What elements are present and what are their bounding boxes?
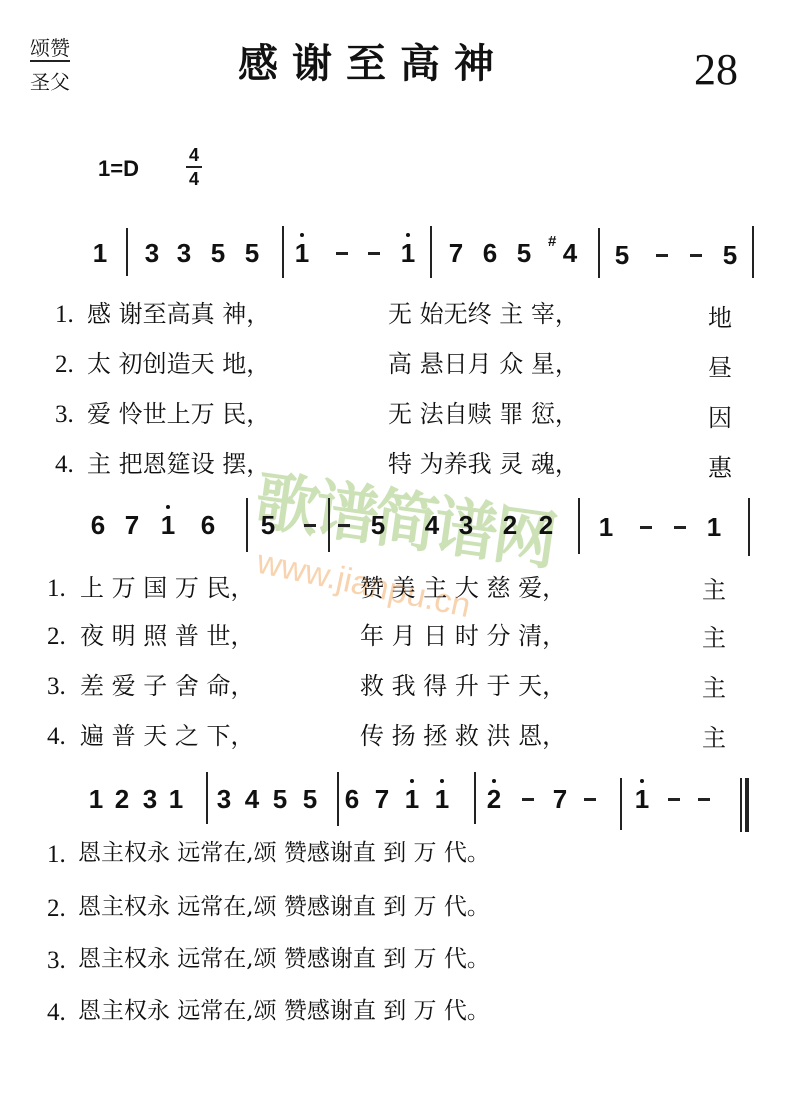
lyric-line: 恩主权永 远常在,颂 赞感谢直 到 万 代。 bbox=[78, 896, 490, 919]
bar-line bbox=[246, 498, 248, 552]
category-label: 颂赞 bbox=[30, 38, 70, 62]
note: 7 bbox=[120, 512, 144, 538]
note-sharp-4: #4 bbox=[558, 240, 582, 266]
lyric-line: 差 爱 子 舍 命， bbox=[80, 674, 255, 698]
verse-number: 2. bbox=[47, 896, 66, 921]
note: 2 bbox=[110, 786, 134, 812]
note-high-1: 1 bbox=[400, 786, 424, 812]
note: 1 bbox=[164, 786, 188, 812]
lyric-line: 主 把恩筵设 摆， bbox=[87, 452, 270, 476]
note: 1 bbox=[702, 514, 726, 540]
note: 7 bbox=[370, 786, 394, 812]
bar-line bbox=[328, 498, 330, 552]
note-high-1: 1 bbox=[430, 786, 454, 812]
verse-number: 2. bbox=[47, 624, 66, 649]
verse-number: 3. bbox=[55, 402, 74, 427]
high-octave-dot bbox=[440, 779, 444, 783]
verse-number: 1. bbox=[47, 842, 66, 867]
note: 5 bbox=[240, 240, 264, 266]
high-octave-dot bbox=[492, 779, 496, 783]
lyric-line: 上 万 国 万 民， bbox=[80, 576, 255, 600]
lyric-line: 高 悬日月 众 星， bbox=[388, 352, 579, 376]
lyric-line: 主 bbox=[702, 626, 726, 650]
high-octave-dot bbox=[300, 233, 304, 237]
sharp-icon: # bbox=[548, 234, 556, 249]
lyric-line: 救 我 得 升 于 天， bbox=[360, 674, 566, 698]
note: 5 bbox=[718, 242, 742, 268]
high-octave-dot bbox=[406, 233, 410, 237]
time-signature-divider bbox=[186, 166, 202, 168]
bar-line bbox=[337, 772, 339, 826]
note: 1 bbox=[594, 514, 618, 540]
verse-number: 3. bbox=[47, 948, 66, 973]
bar-line bbox=[206, 772, 208, 824]
note-high-1: 1 bbox=[156, 512, 180, 538]
lyric-line: 恩主权永 远常在,颂 赞感谢直 到 万 代。 bbox=[78, 842, 490, 865]
verse-number: 3. bbox=[47, 674, 66, 699]
note: 3 bbox=[138, 786, 162, 812]
lyric-line: 无 法自赎 罪 愆， bbox=[388, 402, 579, 426]
dash-sustain bbox=[640, 526, 652, 529]
note: 3 bbox=[140, 240, 164, 266]
dash-sustain bbox=[336, 252, 348, 255]
note: 3 bbox=[172, 240, 196, 266]
verse-number: 4. bbox=[55, 452, 74, 477]
note: 7 bbox=[444, 240, 468, 266]
high-octave-dot bbox=[166, 505, 170, 509]
note: 1 bbox=[88, 240, 112, 266]
note: 4 bbox=[240, 786, 264, 812]
lyric-line: 地 bbox=[708, 306, 732, 330]
note: 5 bbox=[268, 786, 292, 812]
note: 6 bbox=[340, 786, 364, 812]
dash-sustain bbox=[690, 254, 702, 257]
lyric-line: 太 初创造天 地， bbox=[87, 352, 270, 376]
note-high-1: 1 bbox=[396, 240, 420, 266]
note: 5 bbox=[512, 240, 536, 266]
verse-number: 4. bbox=[47, 724, 66, 749]
lyric-line: 遍 普 天 之 下， bbox=[80, 724, 255, 748]
lyric-line: 因 bbox=[708, 406, 732, 430]
note: 6 bbox=[86, 512, 110, 538]
note: 6 bbox=[478, 240, 502, 266]
lyric-line: 主 bbox=[702, 578, 726, 602]
song-title: 感谢至高神 bbox=[238, 44, 508, 84]
note: 4 bbox=[420, 512, 444, 538]
verse-number: 1. bbox=[55, 302, 74, 327]
dash-sustain bbox=[338, 524, 350, 527]
note-high-1: 1 bbox=[630, 786, 654, 812]
lyric-line: 年 月 日 时 分 清， bbox=[360, 624, 566, 648]
dash-sustain bbox=[698, 798, 710, 801]
note: 3 bbox=[212, 786, 236, 812]
bar-line bbox=[282, 226, 284, 278]
lyric-line: 传 扬 拯 救 洪 恩， bbox=[360, 724, 566, 748]
note: 1 bbox=[84, 786, 108, 812]
lyric-line: 感 谢至高真 神， bbox=[87, 302, 270, 326]
note: 5 bbox=[366, 512, 390, 538]
dash-sustain bbox=[304, 524, 316, 527]
note: 3 bbox=[454, 512, 478, 538]
note-high-1: 1 bbox=[290, 240, 314, 266]
time-signature-top: 4 bbox=[184, 146, 204, 164]
bar-line bbox=[752, 226, 754, 278]
lyric-line: 特 为养我 灵 魂， bbox=[388, 452, 579, 476]
verse-number: 1. bbox=[47, 576, 66, 601]
lyric-line: 无 始无终 主 宰， bbox=[388, 302, 579, 326]
key-signature: 1=D bbox=[98, 158, 139, 180]
bar-line bbox=[430, 226, 432, 278]
note: 5 bbox=[206, 240, 230, 266]
lyric-line: 昼 bbox=[708, 356, 732, 380]
note: 5 bbox=[298, 786, 322, 812]
note-high-2: 2 bbox=[482, 786, 506, 812]
high-octave-dot bbox=[640, 779, 644, 783]
bar-line bbox=[126, 228, 128, 276]
bar-line bbox=[598, 228, 600, 278]
verse-number: 2. bbox=[55, 352, 74, 377]
dash-sustain bbox=[522, 798, 534, 801]
lyric-line: 惠 bbox=[708, 456, 732, 480]
dash-sustain bbox=[668, 798, 680, 801]
note: 5 bbox=[610, 242, 634, 268]
note: 5 bbox=[256, 512, 280, 538]
dash-sustain bbox=[656, 254, 668, 257]
note: 7 bbox=[548, 786, 572, 812]
time-signature: 4 4 bbox=[184, 146, 204, 188]
note: 2 bbox=[498, 512, 522, 538]
dash-sustain bbox=[674, 526, 686, 529]
bar-line bbox=[620, 778, 622, 830]
lyric-line: 夜 明 照 普 世， bbox=[80, 624, 255, 648]
lyric-line: 主 bbox=[702, 676, 726, 700]
note: 2 bbox=[534, 512, 558, 538]
high-octave-dot bbox=[410, 779, 414, 783]
subcategory-label: 圣父 bbox=[30, 72, 70, 92]
lyric-line: 爱 怜世上万 民， bbox=[87, 402, 270, 426]
page-number: 28 bbox=[694, 48, 738, 92]
verse-number: 4. bbox=[47, 1000, 66, 1025]
bar-line bbox=[578, 498, 580, 554]
note: 6 bbox=[196, 512, 220, 538]
dash-sustain bbox=[368, 252, 380, 255]
final-bar-thin bbox=[740, 778, 742, 832]
dash-sustain bbox=[584, 798, 596, 801]
lyric-line: 主 bbox=[702, 726, 726, 750]
final-bar-thick bbox=[745, 778, 749, 832]
bar-line bbox=[474, 772, 476, 824]
bar-line bbox=[748, 498, 750, 556]
lyric-line: 恩主权永 远常在,颂 赞感谢直 到 万 代。 bbox=[78, 1000, 490, 1023]
lyric-line: 恩主权永 远常在,颂 赞感谢直 到 万 代。 bbox=[78, 948, 490, 971]
time-signature-bottom: 4 bbox=[184, 170, 204, 188]
lyric-line: 赞 美 主 大 慈 爱， bbox=[360, 576, 566, 600]
